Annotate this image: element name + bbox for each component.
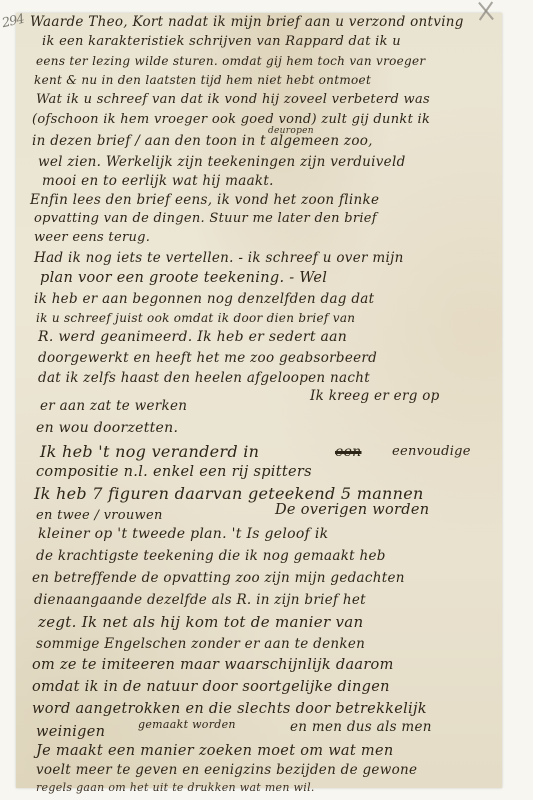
text-line: R. werd geanimeerd. Ik heb er sedert aan [38, 329, 347, 345]
text-line: Ik kreeg er erg op [310, 388, 440, 404]
text-line: (ofschoon ik hem vroeger ook goed vond) … [32, 112, 430, 127]
text-line: in dezen brief / aan den toon in t algem… [32, 133, 373, 149]
text-line: doorgewerkt en heeft het me zoo geabsorb… [38, 350, 377, 366]
text-line: regels gaan om het uit te drukken wat me… [36, 781, 315, 794]
text-line: ik een karakteristiek schrijven van Rapp… [42, 34, 401, 49]
text-line: Ik heb 7 figuren daarvan geteekend 5 man… [34, 484, 424, 503]
text-line: er aan zat te werken [40, 398, 187, 414]
text-line: om ze te imiteeren maar waarschijnlijk d… [32, 657, 394, 673]
interlinear-insertion: gemaakt worden [138, 718, 236, 731]
text-line: dienaangaande dezelfde als R. in zijn br… [34, 592, 366, 608]
text-line: Enfin lees den brief eens, ik vond het z… [30, 192, 379, 208]
text-line: weer eens terug. [34, 230, 150, 245]
text-line: sommige Engelschen zonder er aan te denk… [36, 636, 365, 652]
text-line: dat ik zelfs haast den heelen afgeloopen… [38, 370, 370, 386]
text-line: Ik heb 't nog veranderd in [40, 442, 259, 461]
text-line: word aangetrokken en die slechts door be… [32, 701, 427, 717]
text-line: en wou doorzetten. [36, 420, 178, 436]
text-line: eenvoudige [392, 444, 471, 459]
text-line: en men dus als men [290, 719, 432, 735]
text-line: ik heb er aan begonnen nog denzelfden da… [34, 291, 374, 307]
text-line: weinigen [36, 724, 105, 740]
text-line: Waarde Theo, Kort nadat ik mijn brief aa… [30, 14, 464, 30]
text-line: wel zien. Werkelijk zijn teekeningen zij… [38, 154, 406, 170]
text-line: en twee / vrouwen [36, 508, 163, 523]
text-line: zegt. Ik net als hij kom tot de manier v… [38, 613, 363, 631]
text-line: Wat ik u schreef van dat ik vond hij zov… [36, 92, 430, 107]
text-line: plan voor een groote teekening. - Wel [40, 270, 327, 286]
text-line: kleiner op 't tweede plan. 't Is geloof … [38, 526, 328, 542]
text-line: eens ter lezing wilde sturen. omdat gij … [36, 54, 425, 68]
text-line: de krachtigste teekening die ik nog gema… [36, 548, 386, 564]
struck-word: een [335, 444, 362, 460]
text-line: Je maakt een manier zoeken moet om wat m… [36, 743, 393, 759]
pencil-cross-mark [475, 0, 497, 22]
text-line: voelt meer te geven en eenigzins bezijde… [36, 762, 417, 778]
text-line: Had ik nog iets te vertellen. - ik schre… [34, 250, 404, 266]
text-line: opvatting van de dingen. Stuur me later … [34, 211, 377, 226]
text-line: omdat ik in de natuur door soortgelijke … [32, 679, 390, 695]
text-line: kent & nu in den laatsten tijd hem niet … [34, 73, 371, 87]
text-line: ik u schreef juist ook omdat ik door die… [36, 311, 355, 325]
text-line: compositie n.l. enkel een rij spitters [36, 464, 312, 480]
text-line: en betreffende de opvatting zoo zijn mij… [32, 570, 405, 586]
text-line: mooi en to eerlijk wat hij maakt. [42, 173, 274, 189]
text-line: De overigen worden [275, 502, 429, 518]
